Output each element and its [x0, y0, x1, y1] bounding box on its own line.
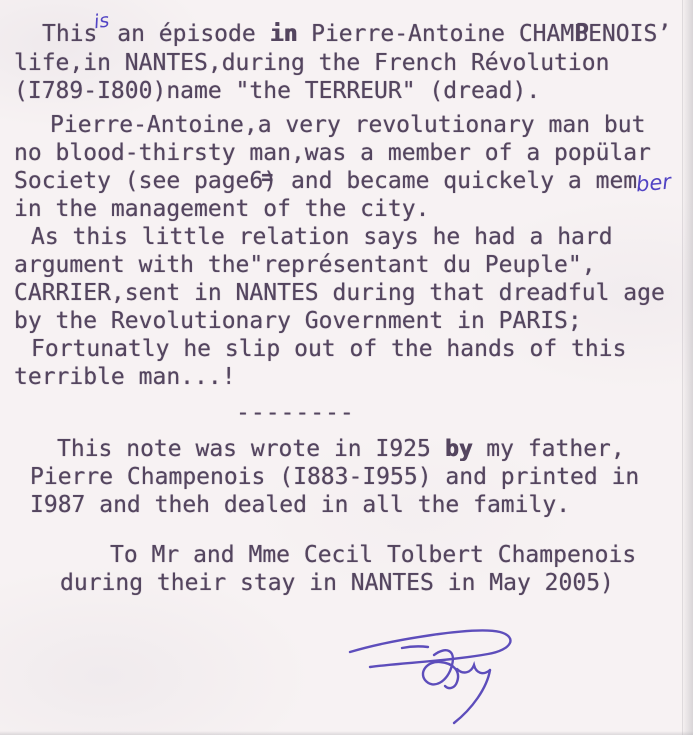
text-line: As this little relation says he had a ha… — [14, 223, 673, 251]
text-line: This note was wrote in I925 by my father… — [30, 435, 673, 463]
signature-scribble — [342, 606, 542, 734]
text-line: argument with the"représentant du Peuple… — [14, 251, 673, 279]
text-line: CARRIER,sent in NANTES during that dread… — [14, 279, 673, 307]
overtyped-letter: BP — [574, 20, 588, 48]
paragraph-note-history: This note was wrote in I925 by my father… — [30, 435, 673, 519]
paragraph-intro: Thisis an épisode in Pierre-Antoine CHAM… — [14, 20, 673, 105]
text-line: I987 and theh dealed in all the family. — [30, 491, 673, 519]
text-line: by the Revolutionary Government in PARIS… — [14, 307, 673, 335]
text-line: Society (see page6)= and became quickely… — [14, 167, 673, 195]
text-line: Pierre-Antoine,a very revolutionary man … — [14, 111, 673, 139]
text-line: (I789-I800)name "the TERREUR" (dread). — [14, 77, 673, 105]
overstruck-by: by — [445, 436, 473, 462]
paragraph-society: Pierre-Antoine,a very revolutionary man … — [14, 111, 673, 223]
text-line: life,in NANTES,during the French Révolut… — [14, 49, 673, 77]
word-this: This — [42, 21, 97, 47]
scanned-typewritten-note: Thisis an épisode in Pierre-Antoine CHAM… — [0, 0, 693, 735]
text-line: Fortunatly he slip out of the hands of t… — [14, 335, 673, 363]
text-line: in the management of the city. — [14, 195, 673, 223]
document-text: Thisis an épisode in Pierre-Antoine CHAM… — [14, 20, 673, 597]
struck-paren: )= — [263, 167, 277, 195]
text-line: Thisis an épisode in Pierre-Antoine CHAM… — [14, 20, 673, 49]
handwritten-ber-annotation: ber — [635, 168, 672, 199]
text-line: Pierre Champenois (I883-I955) and printe… — [30, 463, 673, 491]
paragraph-escape: Fortunatly he slip out of the hands of t… — [14, 335, 673, 391]
paragraph-carrier: As this little relation says he had a ha… — [14, 223, 673, 335]
text-line: during their stay in NANTES in May 2005) — [60, 569, 673, 597]
text-line: terrible man...! — [14, 363, 673, 391]
text-line: no blood-thirsty man,was a member of a p… — [14, 139, 673, 167]
dash-separator: -------- — [14, 399, 673, 427]
text-line: To Mr and Mme Cecil Tolbert Champenois — [60, 541, 673, 569]
overstruck-in: in — [270, 21, 298, 47]
scan-right-edge — [682, 0, 693, 735]
paragraph-dedication: To Mr and Mme Cecil Tolbert Champenois d… — [60, 541, 673, 597]
scan-bottom-edge — [0, 731, 693, 735]
strike-mark: = — [261, 163, 273, 191]
